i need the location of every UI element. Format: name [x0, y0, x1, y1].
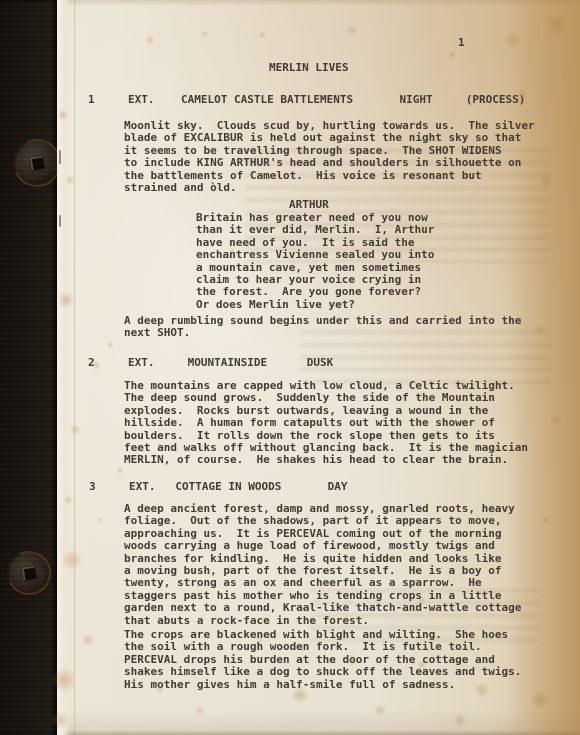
- scene-number: 3: [89, 481, 96, 493]
- ink-fleck: [59, 215, 61, 227]
- binding-strip: [0, 0, 58, 735]
- action-paragraph: The crops are blackened with blight and …: [124, 629, 521, 691]
- scene-heading: EXT. MOUNTAINSIDE DUSK: [128, 357, 333, 369]
- screenplay-page-photo: 1 MERLIN LIVES 1 EXT. CAMELOT CASTLE BAT…: [0, 0, 580, 735]
- brad-hole-icon: [30, 156, 45, 171]
- action-paragraph: The mountains are capped with low cloud,…: [124, 380, 528, 467]
- ink-fleck: [59, 150, 61, 164]
- paper-edge-highlight: [57, 0, 70, 735]
- brass-brad-bottom: [9, 553, 49, 593]
- brad-hole-icon: [22, 566, 37, 581]
- scene-number: 2: [88, 357, 95, 369]
- scene-heading: EXT. COTTAGE IN WOODS DAY: [129, 481, 348, 493]
- underlying-page-edge: [74, 0, 75, 735]
- action-paragraph: Moonlit sky. Clouds scud by, hurtling to…: [124, 120, 535, 194]
- scene-number: 1: [88, 94, 95, 106]
- action-paragraph: A deep ancient forest, damp and mossy, g…: [124, 503, 521, 627]
- brass-brad-top: [15, 141, 59, 185]
- action-paragraph: A deep rumbling sound begins under this …: [124, 315, 521, 340]
- character-name: ARTHUR: [289, 199, 329, 211]
- dialogue-block: Britain has greater need of you now than…: [196, 212, 434, 311]
- scene-heading: EXT. CAMELOT CASTLE BATTLEMENTS NIGHT (P…: [128, 94, 525, 106]
- script-title: MERLIN LIVES: [269, 62, 348, 74]
- page-number: 1: [458, 37, 465, 49]
